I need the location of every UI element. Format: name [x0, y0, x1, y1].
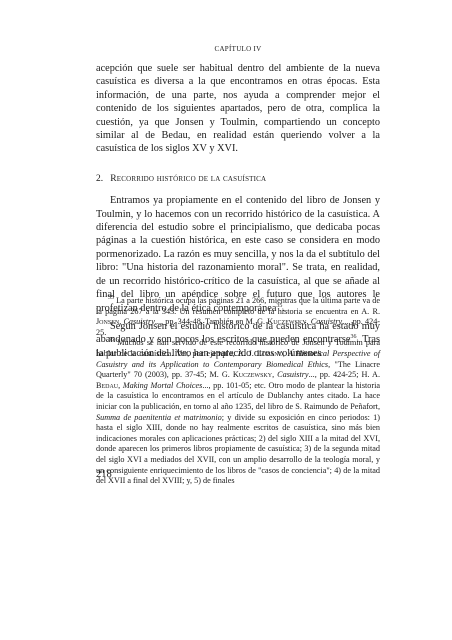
footnote-35: 35 La parte histórica ocupa las páginas … [96, 296, 380, 338]
book-title: Casuistry [123, 317, 154, 326]
footnote-text: ; y divide su exposición en cinco period… [96, 413, 380, 486]
book-title: Making Mortal Choices [123, 381, 202, 390]
author-name: Kuczewsky [233, 370, 272, 379]
author-name: Kuczewsky [267, 317, 306, 326]
footnote-text: La parte histórica ocupa las páginas 21 … [96, 296, 380, 316]
paragraph-continuation: acepción que suele ser habitual dentro d… [96, 62, 380, 156]
book-title: Summa de paenitentia et matrimonio [96, 413, 222, 422]
author-name: Jonsen [96, 317, 119, 326]
footnotes: 35 La parte histórica ocupa las páginas … [96, 296, 380, 487]
running-head: CAPÍTULO IV [96, 45, 380, 53]
author-name: Lozano [257, 349, 283, 358]
footnote-text: ..., pp. 424-25; H. A. [309, 370, 380, 379]
footnote-text: ..., pp. 344-48. También en M. G. [155, 317, 267, 326]
page-number: 218 [96, 469, 112, 480]
section-heading: 2. Recorrido histórico de la casuística [96, 173, 380, 186]
book-title: Casuistry [277, 370, 308, 379]
footnote-36: 36 Muchos se han servido de este recorri… [96, 338, 380, 486]
book-title: Casuistry [311, 317, 342, 326]
author-name: Bedau [96, 381, 118, 390]
section-title: Recorrido histórico de la casuística [110, 174, 266, 184]
section-number: 2. [96, 174, 103, 184]
